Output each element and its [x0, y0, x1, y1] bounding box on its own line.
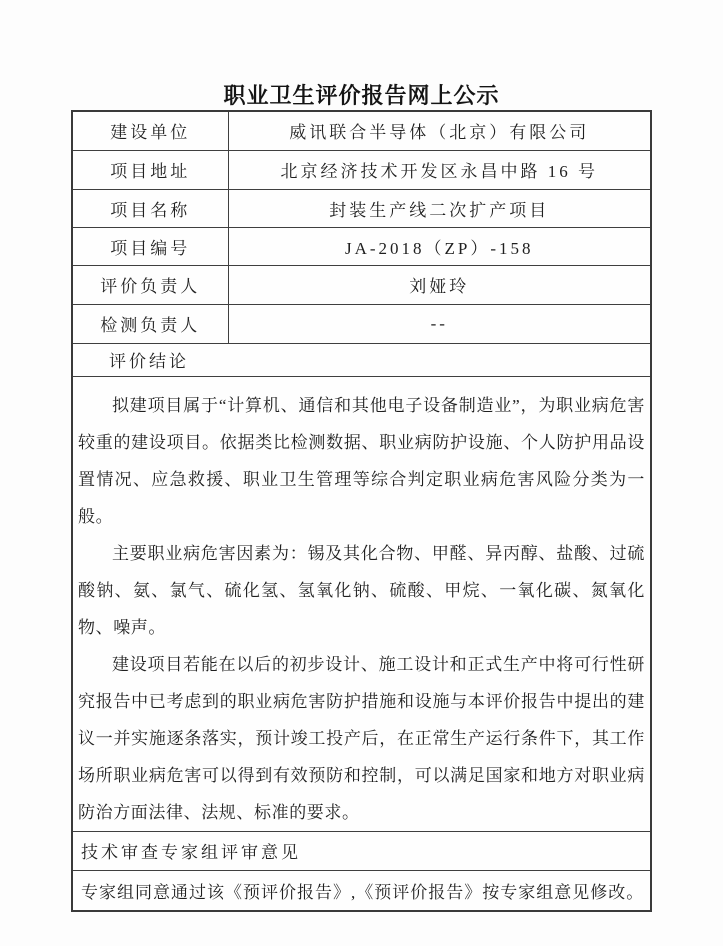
- project-number-label: 项目编号: [72, 227, 228, 265]
- testing-leader-value: --: [228, 304, 651, 343]
- project-address-label: 项目地址: [72, 150, 228, 189]
- page-title: 职业卫生评价报告网上公示: [0, 79, 723, 110]
- project-number-value: JA-2018（ZP）-158: [228, 227, 651, 265]
- table-row-project-number: 项目编号 JA-2018（ZP）-158: [72, 227, 651, 265]
- table-row-evaluation-leader: 评价负责人 刘娅玲: [72, 265, 651, 304]
- table-row-review-opinion: 专家组同意通过该《预评价报告》,《预评价报告》按专家组意见修改。: [72, 870, 651, 911]
- table-row-project-address: 项目地址 北京经济技术开发区永昌中路 16 号: [72, 150, 651, 189]
- table-row-testing-leader: 检测负责人 --: [72, 304, 651, 343]
- project-name-value: 封装生产线二次扩产项目: [228, 189, 651, 227]
- review-header: 技术审查专家组评审意见: [72, 831, 651, 870]
- table-row-construction-unit: 建设单位 威讯联合半导体（北京）有限公司: [72, 111, 651, 150]
- table-row-conclusion-header: 评价结论: [72, 343, 651, 376]
- conclusion-paragraph-1: 拟建项目属于“计算机、通信和其他电子设备制造业”，为职业病危害较重的建设项目。依…: [78, 387, 645, 535]
- table-row-conclusion-body: 拟建项目属于“计算机、通信和其他电子设备制造业”，为职业病危害较重的建设项目。依…: [72, 376, 651, 831]
- document-page: 职业卫生评价报告网上公示 建设单位 威讯联合半导体（北京）有限公司 项目地址 北…: [0, 0, 723, 946]
- conclusion-header: 评价结论: [72, 343, 651, 376]
- conclusion-body: 拟建项目属于“计算机、通信和其他电子设备制造业”，为职业病危害较重的建设项目。依…: [72, 376, 651, 831]
- construction-unit-label: 建设单位: [72, 111, 228, 150]
- report-table: 建设单位 威讯联合半导体（北京）有限公司 项目地址 北京经济技术开发区永昌中路 …: [71, 110, 652, 912]
- project-name-label: 项目名称: [72, 189, 228, 227]
- conclusion-paragraph-3: 建设项目若能在以后的初步设计、施工设计和正式生产中将可行性研究报告中已考虑到的职…: [78, 646, 645, 831]
- evaluation-leader-label: 评价负责人: [72, 265, 228, 304]
- table-row-review-header: 技术审查专家组评审意见: [72, 831, 651, 870]
- conclusion-paragraph-2: 主要职业病危害因素为：锡及其化合物、甲醛、异丙醇、盐酸、过硫酸钠、氨、氯气、硫化…: [78, 535, 645, 646]
- table-row-project-name: 项目名称 封装生产线二次扩产项目: [72, 189, 651, 227]
- evaluation-leader-value: 刘娅玲: [228, 265, 651, 304]
- review-opinion: 专家组同意通过该《预评价报告》,《预评价报告》按专家组意见修改。: [72, 870, 651, 911]
- testing-leader-label: 检测负责人: [72, 304, 228, 343]
- project-address-value: 北京经济技术开发区永昌中路 16 号: [228, 150, 651, 189]
- construction-unit-value: 威讯联合半导体（北京）有限公司: [228, 111, 651, 150]
